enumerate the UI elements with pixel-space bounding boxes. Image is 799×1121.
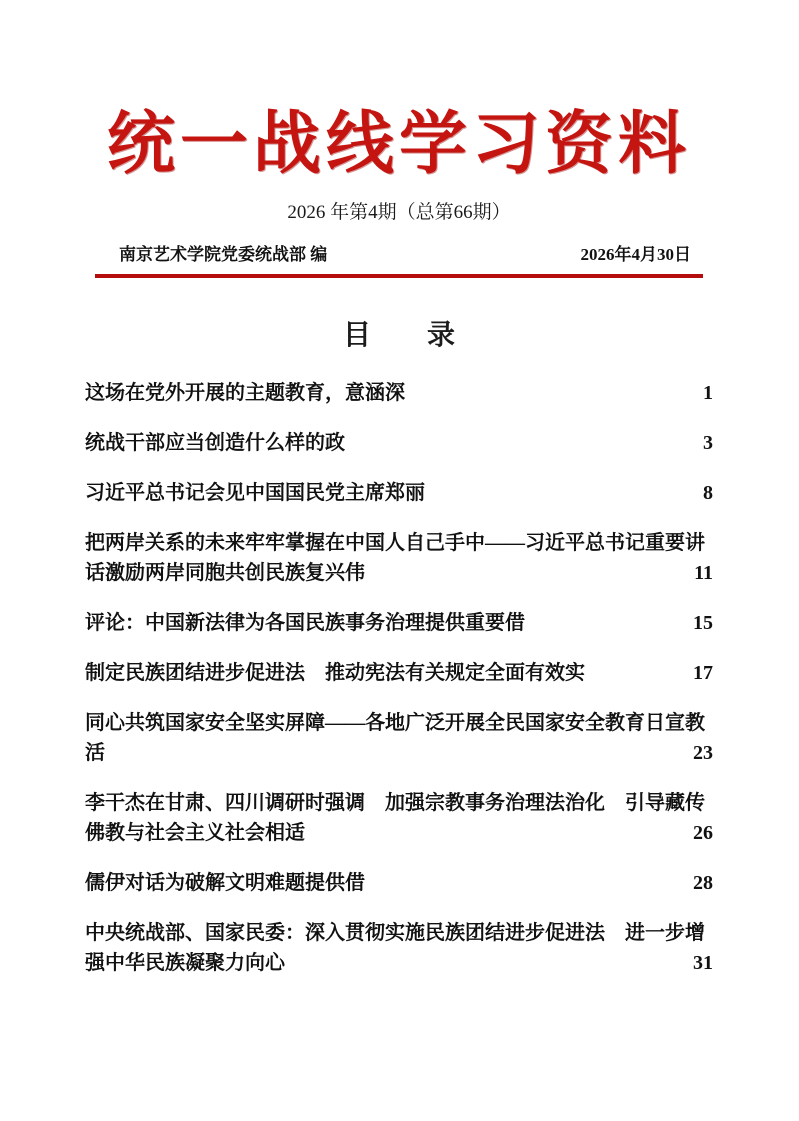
toc-entry-page: 11 xyxy=(691,558,713,588)
toc-entry-page: 15 xyxy=(690,608,713,638)
editor-row: 南京艺术学院党委统战部 编 2026年4月30日 xyxy=(85,244,713,266)
toc-entry-page: 17 xyxy=(690,658,713,688)
toc-entry-title: 这场在党外开展的主题教育，意涵深远 xyxy=(85,382,713,408)
issue-line: 2026 年第4期（总第66期） xyxy=(85,202,713,224)
toc-entry: 儒伊对话为破解文明难题提供借鉴28 xyxy=(85,868,713,898)
toc-entry: 同心共筑国家安全坚实屏障——各地广泛开展全民国家安全教育日宣教活动23 xyxy=(85,708,713,768)
toc-entry-page: 8 xyxy=(700,478,713,508)
toc-entry-title: 评论：中国新法律为各国民族事务治理提供重要借鉴 xyxy=(85,612,713,638)
toc-entry: 把两岸关系的未来牢牢掌握在中国人自己手中——习近平总书记重要讲话激励两岸同胞共创… xyxy=(85,528,713,588)
toc-entry-page: 23 xyxy=(690,738,713,768)
issue-date: 2026年4月30日 xyxy=(581,244,692,266)
header-rule xyxy=(95,274,703,278)
toc-entry: 这场在党外开展的主题教育，意涵深远1 xyxy=(85,378,713,408)
toc-entry: 制定民族团结进步促进法 推动宪法有关规定全面有效实施17 xyxy=(85,658,713,688)
toc-entry-page: 26 xyxy=(690,818,713,848)
toc-entry-title: 把两岸关系的未来牢牢掌握在中国人自己手中——习近平总书记重要讲话激励两岸同胞共创… xyxy=(85,532,713,588)
document-page: 统一战线学习资料 2026 年第4期（总第66期） 南京艺术学院党委统战部 编 … xyxy=(0,0,799,1121)
toc-entry-title: 统战干部应当创造什么样的政绩 xyxy=(85,432,713,458)
toc-list: 这场在党外开展的主题教育，意涵深远1 统战干部应当创造什么样的政绩3 习近平总书… xyxy=(85,378,713,978)
toc-entry-title: 习近平总书记会见中国国民党主席郑丽文 xyxy=(85,482,713,508)
toc-entry-title: 制定民族团结进步促进法 推动宪法有关规定全面有效实施 xyxy=(85,662,713,688)
document-content: 统一战线学习资料 2026 年第4期（总第66期） 南京艺术学院党委统战部 编 … xyxy=(0,0,799,978)
toc-entry-title: 李干杰在甘肃、四川调研时强调 加强宗教事务治理法治化 引导藏传佛教与社会主义社会… xyxy=(85,792,713,848)
toc-entry-title: 同心共筑国家安全坚实屏障——各地广泛开展全民国家安全教育日宣教活动 xyxy=(85,712,713,768)
toc-entry-title: 中央统战部、国家民委：深入贯彻实施民族团结进步促进法 进一步增强中华民族凝聚力向… xyxy=(85,922,713,978)
toc-entry: 中央统战部、国家民委：深入贯彻实施民族团结进步促进法 进一步增强中华民族凝聚力向… xyxy=(85,918,713,978)
toc-entry-page: 28 xyxy=(690,868,713,898)
toc-entry-title: 儒伊对话为破解文明难题提供借鉴 xyxy=(85,872,713,898)
toc-entry: 李干杰在甘肃、四川调研时强调 加强宗教事务治理法治化 引导藏传佛教与社会主义社会… xyxy=(85,788,713,848)
toc-entry: 习近平总书记会见中国国民党主席郑丽文8 xyxy=(85,478,713,508)
toc-entry-page: 31 xyxy=(690,948,713,978)
editor-credit: 南京艺术学院党委统战部 编 xyxy=(119,244,327,266)
toc-entry: 统战干部应当创造什么样的政绩3 xyxy=(85,428,713,458)
toc-entry-page: 1 xyxy=(700,378,713,408)
page-title: 统一战线学习资料 xyxy=(85,0,713,178)
toc-entry: 评论：中国新法律为各国民族事务治理提供重要借鉴15 xyxy=(85,608,713,638)
toc-heading: 目 录 xyxy=(85,318,713,352)
toc-entry-page: 3 xyxy=(700,428,713,458)
